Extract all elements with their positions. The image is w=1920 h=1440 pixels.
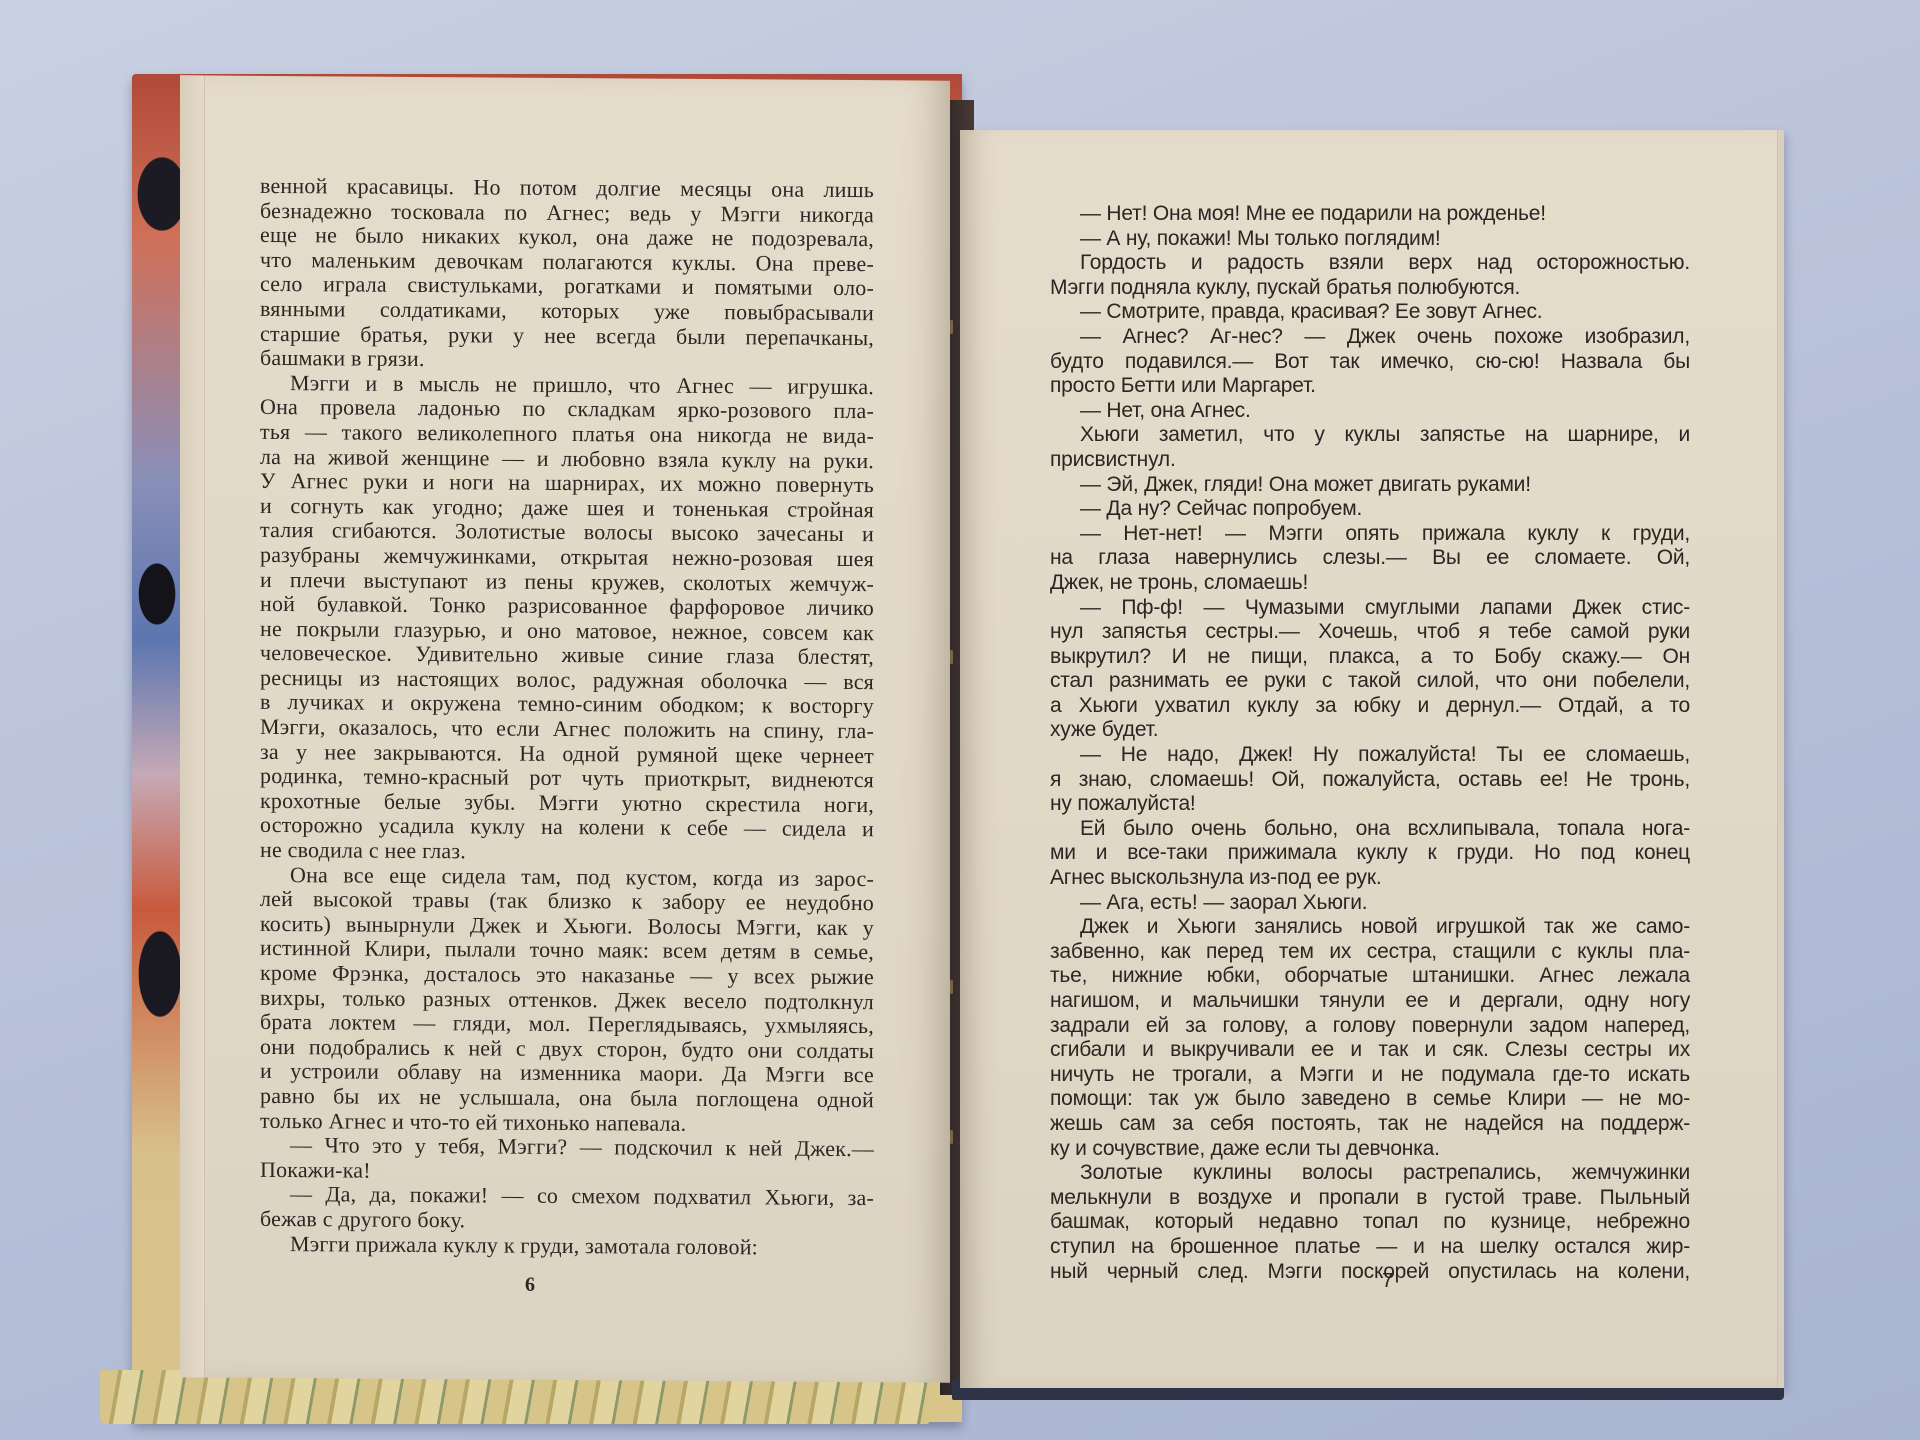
text-line: хуже будет.: [1050, 718, 1690, 743]
text-line: Золотые куклины волосы растрепались, жем…: [1050, 1161, 1690, 1186]
page-stack-edge: [180, 75, 205, 1377]
text-line: а Хьюги ухватил куклу за юбку и дернул.—…: [1050, 694, 1690, 719]
text-line: Ей было очень больно, она всхлипывала, т…: [1050, 817, 1690, 842]
left-page-text: венной красавицы. Но потом долгие месяцы…: [260, 174, 874, 1260]
text-line: нул запястья сестры.— Хочешь, чтоб я теб…: [1050, 620, 1690, 645]
text-line: — Агнес? Аг-нес? — Джек очень похоже изо…: [1050, 325, 1690, 350]
text-line: сгибали и выкручивали ее и так и сяк. Сл…: [1050, 1038, 1690, 1063]
text-line: стал разнимать ее руки с такой силой, чт…: [1050, 669, 1690, 694]
text-line: — Нет! Она моя! Мне ее подарили на рожде…: [1050, 202, 1690, 227]
text-line: Гордость и радость взяли верх над осторо…: [1050, 251, 1690, 276]
text-line: ничуть не трогали, а Мэгги и не подумала…: [1050, 1063, 1690, 1088]
binding-stitch: [950, 320, 953, 334]
text-line: — А ну, покажи! Мы только поглядим!: [1050, 227, 1690, 252]
text-line: — Нет-нет! — Мэгги опять прижала куклу к…: [1050, 522, 1690, 547]
text-line: — Нет, она Агнес.: [1050, 399, 1690, 424]
text-line: на глаза навернулись слезы.— Вы ее слома…: [1050, 546, 1690, 571]
text-line: ми и все-таки прижимала куклу к груди. Н…: [1050, 841, 1690, 866]
text-line: — Ага, есть! — заорал Хьюги.: [1050, 891, 1690, 916]
text-line: Агнес выскользнула из-под ее рук.: [1050, 866, 1690, 891]
text-line: башмак, который недавно топал по кузнице…: [1050, 1210, 1690, 1235]
text-line: задрали ей за голову, а голову повернули…: [1050, 1014, 1690, 1039]
text-line: будто подавился.— Вот так имечко, сю-сю!…: [1050, 350, 1690, 375]
binding-stitch: [950, 1130, 953, 1144]
text-line: ку и сочувствие, даже если ты девчонка.: [1050, 1137, 1690, 1162]
text-line: забвенно, как перед тем их сестра, стащи…: [1050, 940, 1690, 965]
text-line: просто Бетти или Маргарет.: [1050, 374, 1690, 399]
text-line: я знаю, сломаешь! Ой, пожалуйста, оставь…: [1050, 768, 1690, 793]
binding-stitch: [950, 980, 953, 994]
text-line: помощи: так уж было заведено в семье Кли…: [1050, 1087, 1690, 1112]
text-line: — Пф-ф! — Чумазыми смуглыми лапами Джек …: [1050, 596, 1690, 621]
text-line: Мэгги прижала куклу к груди, замотала го…: [260, 1231, 874, 1260]
text-line: Хьюги заметил, что у куклы запястье на ш…: [1050, 423, 1690, 448]
left-page: венной красавицы. Но потом долгие месяцы…: [180, 75, 950, 1382]
text-line: — Эй, Джек, гляди! Она может двигать рук…: [1050, 473, 1690, 498]
text-line: присвистнул.: [1050, 448, 1690, 473]
text-line: Джек, не тронь, сломаешь!: [1050, 571, 1690, 596]
text-line: — Не надо, Джек! Ну пожалуйста! Ты ее сл…: [1050, 743, 1690, 768]
text-line: Мэгги подняла куклу, пускай братья полюб…: [1050, 276, 1690, 301]
binding-stitch: [950, 650, 953, 664]
page-number-right: 7: [1382, 1270, 1393, 1293]
text-line: ный черный след. Мэгги поскорей опустила…: [1050, 1260, 1690, 1285]
text-line: — Смотрите, правда, красивая? Ее зовут А…: [1050, 300, 1690, 325]
photo-scene: венной красавицы. Но потом долгие месяцы…: [0, 0, 1920, 1440]
text-line: ступил на брошенное платье — и на шелку …: [1050, 1235, 1690, 1260]
text-line: — Да ну? Сейчас попробуем.: [1050, 497, 1690, 522]
right-page-text: — Нет! Она моя! Мне ее подарили на рожде…: [1050, 202, 1690, 1284]
text-line: жешь сам за себя постоять, так не надейс…: [1050, 1112, 1690, 1137]
text-line: выкрутил? И не пищи, плакса, а то Бобу с…: [1050, 645, 1690, 670]
right-page: — Нет! Она моя! Мне ее подарили на рожде…: [960, 130, 1784, 1388]
page-stack-edge: [1777, 130, 1784, 1388]
text-line: тье, нижние юбки, оборчатые штанишки. Аг…: [1050, 964, 1690, 989]
text-line: Джек и Хьюги занялись новой игрушкой так…: [1050, 915, 1690, 940]
page-number-left: 6: [525, 1274, 535, 1297]
text-line: мелькнули в воздухе и пропали в густой т…: [1050, 1186, 1690, 1211]
text-line: нагишом, и мальчишки тянули ее и дергали…: [1050, 989, 1690, 1014]
text-line: ну пожалуйста!: [1050, 792, 1690, 817]
